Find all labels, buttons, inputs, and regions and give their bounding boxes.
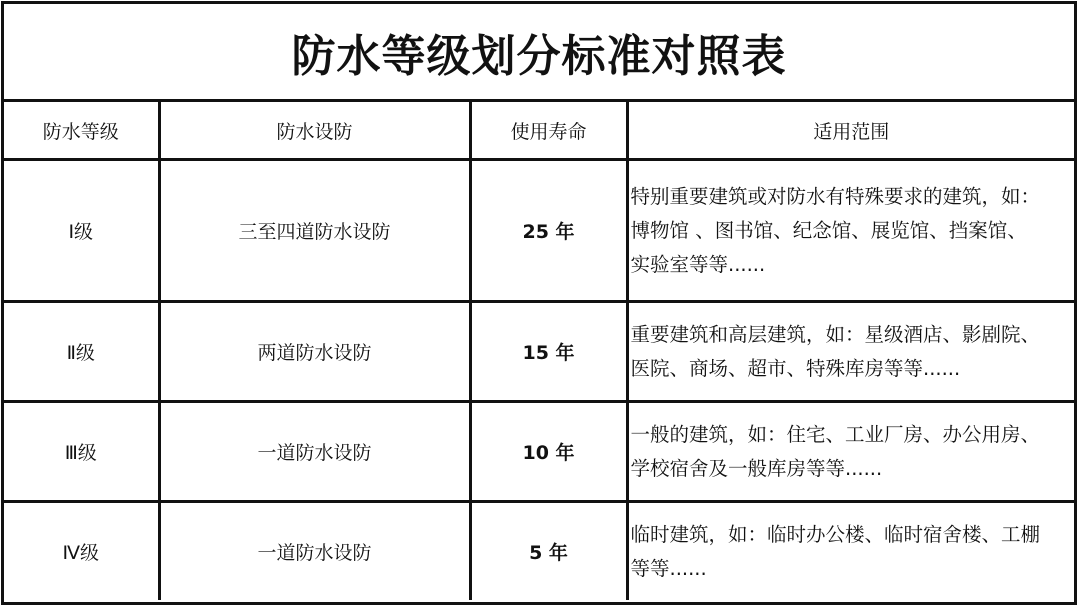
- standards-table-sheet: 防水等级划分标准对照表 防水等级 防水设防 使用寿命 适用范围 Ⅰ级 三至四道防…: [1, 1, 1077, 605]
- column-header-defense: 防水设防: [159, 102, 470, 160]
- scope-line: 一般的建筑，如：住宅、工业厂房、办公用房、: [631, 418, 1075, 452]
- scope-line: 博物馆 、图书馆、纪念馆、展览馆、挡案馆、: [631, 214, 1075, 248]
- defense-cell: 一道防水设防: [159, 402, 470, 502]
- defense-cell: 三至四道防水设防: [159, 160, 470, 302]
- scope-cell: 临时建筑，如：临时办公楼、临时宿舍楼、工棚 等等......: [627, 502, 1074, 601]
- table-row: Ⅲ级 一道防水设防 10 年 一般的建筑，如：住宅、工业厂房、办公用房、 学校宿…: [4, 402, 1074, 502]
- scope-line: 重要建筑和高层建筑，如：星级酒店、影剧院、: [631, 318, 1075, 352]
- scope-line: 等等......: [631, 552, 1075, 586]
- level-cell: Ⅱ级: [4, 302, 159, 402]
- column-header-level: 防水等级: [4, 102, 159, 160]
- table-row: Ⅳ级 一道防水设防 5 年 临时建筑，如：临时办公楼、临时宿舍楼、工棚 等等..…: [4, 502, 1074, 601]
- level-cell: Ⅰ级: [4, 160, 159, 302]
- lifespan-cell: 25 年: [470, 160, 627, 302]
- scope-line: 学校宿舍及一般库房等等......: [631, 452, 1075, 486]
- header-row: 防水等级 防水设防 使用寿命 适用范围: [4, 102, 1074, 160]
- lifespan-cell: 5 年: [470, 502, 627, 601]
- table-row: Ⅰ级 三至四道防水设防 25 年 特别重要建筑或对防水有特殊要求的建筑，如： 博…: [4, 160, 1074, 302]
- scope-line: 临时建筑，如：临时办公楼、临时宿舍楼、工棚: [631, 518, 1075, 552]
- scope-line: 特别重要建筑或对防水有特殊要求的建筑，如：: [631, 180, 1075, 214]
- lifespan-cell: 15 年: [470, 302, 627, 402]
- page-title: 防水等级划分标准对照表: [4, 4, 1074, 102]
- scope-line: 实验室等等......: [631, 248, 1075, 282]
- scope-cell: 一般的建筑，如：住宅、工业厂房、办公用房、 学校宿舍及一般库房等等......: [627, 402, 1074, 502]
- waterproof-grade-table: 防水等级 防水设防 使用寿命 适用范围 Ⅰ级 三至四道防水设防 25 年 特别重…: [4, 102, 1074, 600]
- column-header-lifespan: 使用寿命: [470, 102, 627, 160]
- defense-cell: 两道防水设防: [159, 302, 470, 402]
- scope-cell: 重要建筑和高层建筑，如：星级酒店、影剧院、 医院、商场、超市、特殊库房等等...…: [627, 302, 1074, 402]
- level-cell: Ⅳ级: [4, 502, 159, 601]
- scope-line: 医院、商场、超市、特殊库房等等......: [631, 352, 1075, 386]
- column-header-scope: 适用范围: [627, 102, 1074, 160]
- level-cell: Ⅲ级: [4, 402, 159, 502]
- table-row: Ⅱ级 两道防水设防 15 年 重要建筑和高层建筑，如：星级酒店、影剧院、 医院、…: [4, 302, 1074, 402]
- defense-cell: 一道防水设防: [159, 502, 470, 601]
- lifespan-cell: 10 年: [470, 402, 627, 502]
- scope-cell: 特别重要建筑或对防水有特殊要求的建筑，如： 博物馆 、图书馆、纪念馆、展览馆、挡…: [627, 160, 1074, 302]
